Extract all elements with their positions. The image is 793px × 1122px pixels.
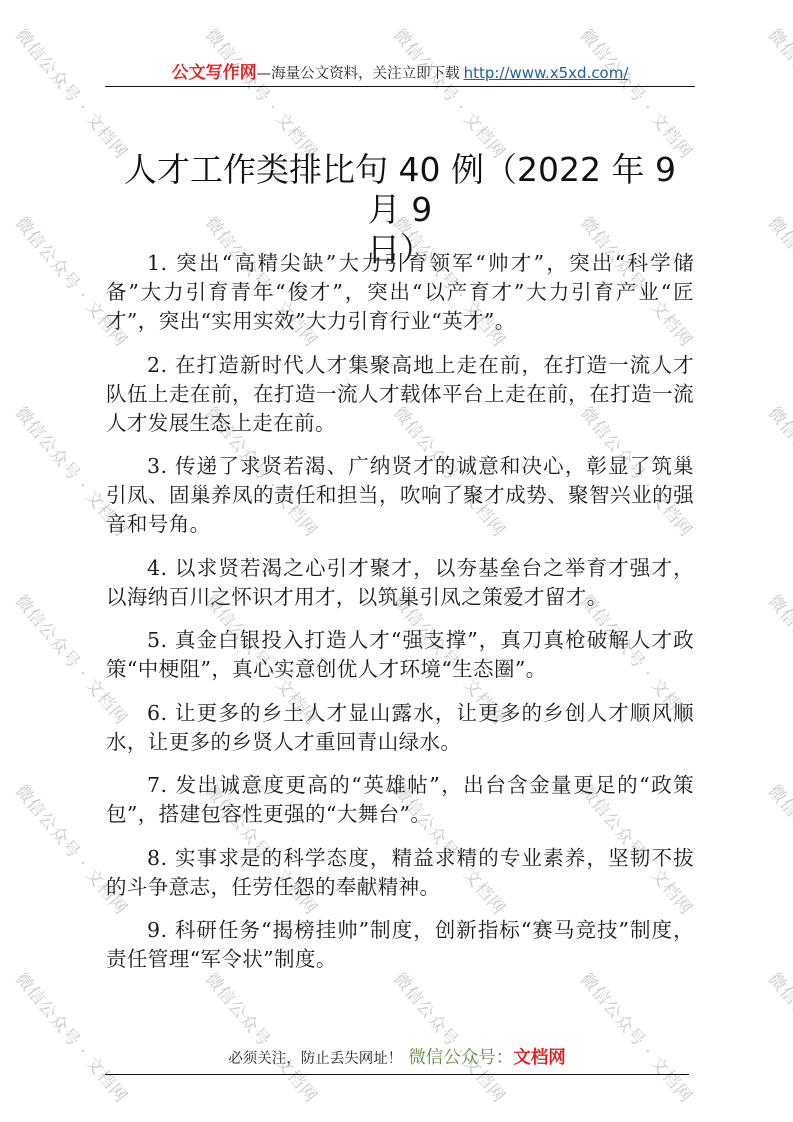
watermark-text: 微信公众号 · 文档网 — [764, 22, 793, 163]
paragraph-4: 4. 以求贤若渴之心引才聚才，以夯基垒台之举育才强才，以海纳百川之怀识才用才，以… — [106, 554, 694, 612]
watermark-text: 微信公众号 · 文档网 — [389, 22, 513, 163]
watermark-text: 微信公众号 · 文档网 — [764, 966, 793, 1107]
header-tagline: —海量公文资料，关注立即下载 — [257, 66, 460, 82]
paragraph-3: 3. 传递了求贤若渴、广纳贤才的诚意和决心，彰显了筑巢引凤、固巢养凤的责任和担当… — [106, 452, 694, 539]
watermark-text: 微信公众号 · 文档网 — [201, 22, 325, 163]
watermark-text: 微信公众号 · 文档网 — [764, 588, 793, 729]
watermark-text: 微信公众号 · 文档网 — [764, 400, 793, 541]
page-header: 公文写作网—海量公文资料，关注立即下载http://www.x5xd.com/ — [105, 58, 695, 87]
paragraph-6: 6. 让更多的乡土人才显山露水，让更多的乡创人才顺风顺水，让更多的乡贤人才重回青… — [106, 699, 694, 757]
paragraph-8: 8. 实事求是的科学态度，精益求精的专业素养，坚韧不拔的斗争意志，任劳任怨的奉献… — [106, 844, 694, 902]
paragraph-9: 9. 科研任务“揭榜挂帅”制度，创新指标“赛马竞技”制度，责任管理“军令状”制度… — [106, 916, 694, 974]
watermark-text: 微信公众号 · 文档网 — [764, 778, 793, 919]
watermark-text: 微信公众号 · 文档网 — [764, 210, 793, 351]
watermark-text: 微信公众号 · 文档网 — [576, 22, 700, 163]
site-brand: 公文写作网 — [172, 63, 257, 83]
footer-notice: 必须关注，防止丢失网址！ — [228, 1051, 402, 1067]
page-footer: 必须关注，防止丢失网址！微信公众号：文档网 — [105, 1044, 689, 1075]
wechat-label: 微信公众号： — [408, 1048, 513, 1068]
document-body: 1. 突出“高精尖缺”大力引育领军“帅才”，突出“科学储备”大力引育青年“俊才”… — [106, 249, 694, 989]
site-link[interactable]: http://www.x5xd.com/ — [464, 64, 629, 82]
paragraph-5: 5. 真金白银投入打造人才“强支撑”，真刀真枪破解人才政策“中梗阻”，真心实意创… — [106, 626, 694, 684]
paragraph-1: 1. 突出“高精尖缺”大力引育领军“帅才”，突出“科学储备”大力引育青年“俊才”… — [106, 249, 694, 336]
account-name: 文档网 — [513, 1048, 566, 1068]
watermark-text: 微信公众号 · 文档网 — [11, 22, 135, 163]
title-line-1: 人才工作类排比句 40 例（2022 年 9 月 9 — [120, 150, 680, 230]
paragraph-2: 2. 在打造新时代人才集聚高地上走在前，在打造一流人才队伍上走在前，在打造一流人… — [106, 351, 694, 438]
paragraph-7: 7. 发出诚意度更高的“英雄帖”，出台含金量更足的“政策包”，搭建包容性更强的“… — [106, 771, 694, 829]
